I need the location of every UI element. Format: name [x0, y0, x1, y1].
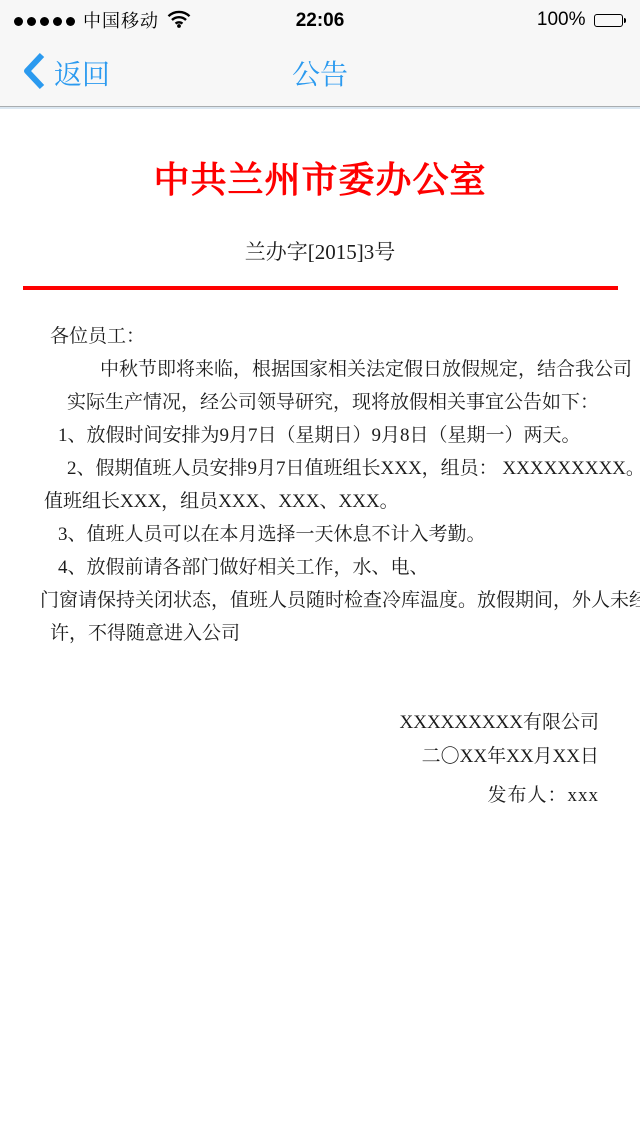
body-line: 1、放假时间安排为9月7日（星期日）9月8日（星期一）两天。 [0, 419, 640, 452]
signature-block: XXXXXXXXX有限公司 二〇XX年XX月XX日 发布人：xxx [0, 706, 640, 813]
body-line: 3、值班人员可以在本月选择一天休息不计入考勤。 [0, 518, 640, 551]
body-line: 门窗请保持关闭状态，值班人员随时检查冷库温度。放假期间，外人未经允 [0, 584, 640, 617]
nav-bar: 返回 公告 [0, 40, 640, 107]
document-title: 中共兰州市委办公室 [0, 157, 640, 203]
status-bar: 中国移动 22:06 100% [0, 0, 640, 40]
status-bar-right: 100% [537, 9, 626, 31]
body-line: 4、放假前请各部门做好相关工作，水、电、 [0, 551, 640, 584]
battery-icon [594, 14, 627, 27]
status-bar-left: 中国移动 [14, 7, 191, 33]
battery-percent-label: 100% [537, 9, 586, 31]
signature-date: 二〇XX年XX月XX日 [0, 740, 599, 774]
body-line: 许，不得随意进入公司 [0, 617, 640, 650]
body-line: 实际生产情况，经公司领导研究，现将放假相关事宜公告如下： [0, 386, 640, 419]
document-body: 各位员工： 中秋节即将来临，根据国家相关法定假日放假规定，结合我公司 实际生产情… [0, 320, 640, 650]
body-line: 中秋节即将来临，根据国家相关法定假日放假规定，结合我公司 [0, 353, 640, 386]
document-number: 兰办字[2015]3号 [0, 239, 640, 265]
carrier-label: 中国移动 [83, 7, 159, 33]
body-line: 各位员工： [0, 320, 640, 353]
nav-bar-divider [0, 107, 640, 109]
app-screen: 中国移动 22:06 100% [0, 0, 640, 1136]
signature-company: XXXXXXXXX有限公司 [0, 706, 599, 740]
body-line: 值班组长XXX，组员XXX、XXX、XXX。 [0, 485, 640, 518]
signal-strength-icon [14, 15, 75, 26]
wifi-icon [167, 7, 191, 33]
announcement-document: 中共兰州市委办公室 兰办字[2015]3号 各位员工： 中秋节即将来临，根据国家… [0, 157, 640, 813]
red-divider [23, 286, 618, 290]
body-line: 2、假期值班人员安排9月7日值班组长XXX，组员： XXXXXXXXX。9月8日 [0, 452, 640, 485]
back-button[interactable]: 返回 [0, 51, 110, 96]
chevron-left-icon [22, 51, 46, 96]
back-button-label: 返回 [54, 53, 110, 93]
signature-publisher: 发布人：xxx [0, 779, 599, 813]
